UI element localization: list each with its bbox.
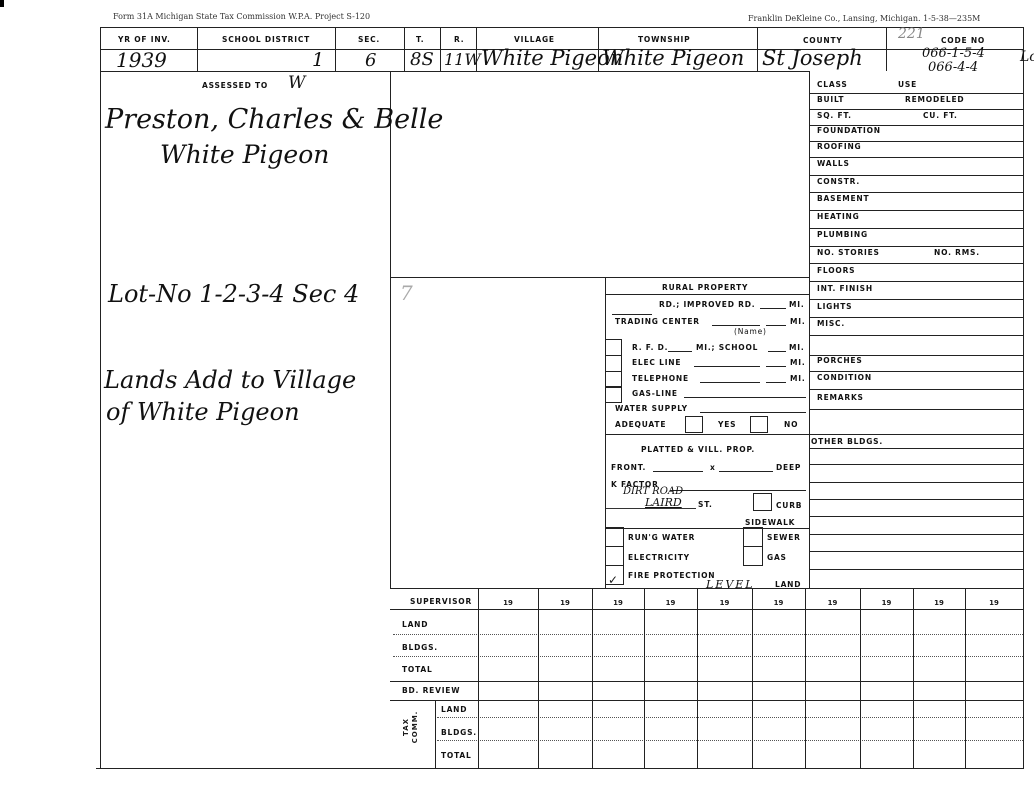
field-improved-rd[interactable]: [760, 300, 786, 309]
label-deep: DEEP: [776, 463, 801, 472]
label-cu-ft: CU. FT.: [923, 111, 958, 120]
label-other-bldgs: OTHER BLDGS.: [811, 437, 883, 446]
checkbox-gas[interactable]: [743, 546, 763, 566]
value-t[interactable]: 8S: [410, 49, 434, 70]
field-rfd[interactable]: [668, 343, 692, 352]
other-bldgs-line[interactable]: [810, 569, 1023, 570]
label-misc: MISC.: [817, 319, 845, 328]
label-floors: FLOORS: [817, 266, 855, 275]
label-gas: GAS: [767, 553, 787, 562]
label-total: TOTAL: [402, 665, 433, 674]
label-sec: SEC.: [358, 35, 380, 44]
label-porches: PORCHES: [817, 356, 863, 365]
field-k-factor[interactable]: [670, 482, 806, 491]
sketch-area-bottom: [390, 277, 810, 278]
label-mi-4: MI.: [790, 358, 806, 367]
label-remodeled: REMODELED: [905, 95, 964, 104]
label-mi-2: MI.: [790, 317, 806, 326]
label-gas-line: GAS-LINE: [632, 389, 678, 398]
field-trading-center[interactable]: [712, 317, 760, 326]
value-township[interactable]: White Pigeon: [602, 46, 744, 70]
label-mi-5: MI.: [790, 374, 806, 383]
field-gas-line[interactable]: [684, 389, 806, 398]
label-heating: HEATING: [817, 212, 860, 221]
field-elec-line-mi[interactable]: [766, 358, 786, 367]
label-sewer: SEWER: [767, 533, 801, 542]
label-roofing: ROOFING: [817, 142, 861, 151]
label-use: USE: [898, 80, 917, 89]
label-front: FRONT.: [611, 463, 646, 472]
checkbox-electricity[interactable]: [605, 546, 624, 566]
label-built: BUILT: [817, 95, 844, 104]
left-column-divider: [390, 71, 391, 588]
label-tax-comm: TAX COMM.: [402, 707, 420, 747]
label-mi-1: MI.: [789, 300, 805, 309]
field-deep[interactable]: [719, 463, 773, 472]
field-trading-center-mi[interactable]: [766, 317, 786, 326]
code-annotation: 221: [898, 26, 925, 42]
label-bldgs: BLDGS.: [402, 643, 438, 652]
lot-description[interactable]: Lot-No 1-2-3-4 Sec 4: [108, 280, 359, 308]
year-column-10[interactable]: 19: [965, 599, 1023, 607]
field-school-mi[interactable]: [768, 343, 786, 352]
label-mi-3: MI.: [789, 343, 805, 352]
year-column-5[interactable]: 19: [697, 599, 752, 607]
label-sq-ft: SQ. FT.: [817, 111, 852, 120]
label-rfd: R. F. D.: [632, 343, 668, 352]
other-bldgs-line[interactable]: [810, 448, 1023, 449]
other-bldgs-line[interactable]: [810, 534, 1023, 535]
other-bldgs-line[interactable]: [810, 464, 1023, 465]
label-walls: WALLS: [817, 159, 850, 168]
rural-box-bottom: [605, 434, 809, 435]
label-basement: BASEMENT: [817, 194, 869, 203]
other-bldgs-line[interactable]: [810, 482, 1023, 483]
owner-address[interactable]: White Pigeon: [160, 140, 329, 169]
field-elec-line[interactable]: [694, 358, 760, 367]
land-note[interactable]: LEVEL: [706, 578, 755, 591]
label-sidewalk: SIDEWALK: [745, 518, 795, 527]
label-code-no: CODE NO: [941, 36, 985, 45]
label-no-rms: NO. RMS.: [934, 248, 980, 257]
year-column-8[interactable]: 19: [860, 599, 913, 607]
checkbox-elec-line[interactable]: [605, 355, 622, 372]
year-column-6[interactable]: 19: [752, 599, 805, 607]
checkbox-rung-water[interactable]: [605, 527, 624, 547]
label-no: NO: [784, 420, 798, 429]
addition-line-2[interactable]: of White Pigeon: [106, 398, 300, 426]
owner-name[interactable]: Preston, Charles & Belle: [105, 104, 443, 135]
value-county[interactable]: St Joseph: [762, 46, 863, 70]
label-county: COUNTY: [803, 36, 843, 45]
value-yr-of-inv[interactable]: 1939: [116, 48, 167, 72]
checkbox-adequate-no[interactable]: [750, 416, 768, 433]
other-bldgs-line[interactable]: [810, 551, 1023, 552]
form-info: Form 31A Michigan State Tax Commission W…: [113, 12, 370, 21]
right-column-divider: [809, 71, 810, 588]
addition-line-1[interactable]: Lands Add to Village: [104, 366, 356, 394]
checkbox-gas-line[interactable]: [605, 386, 622, 403]
checkbox-sewer[interactable]: [743, 527, 763, 547]
label-electricity: ELECTRICITY: [628, 553, 690, 562]
checkbox-rfd[interactable]: [605, 339, 622, 356]
label-r: R.: [454, 35, 464, 44]
field-telephone[interactable]: [700, 374, 760, 383]
label-school-district: SCHOOL DISTRICT: [222, 35, 310, 44]
other-bldgs-line[interactable]: [810, 516, 1023, 517]
field-telephone-mi[interactable]: [766, 374, 786, 383]
label-telephone: TELEPHONE: [632, 374, 689, 383]
label-water-supply: WATER SUPPLY: [615, 404, 688, 413]
field-water-supply[interactable]: [700, 404, 806, 413]
label-assessed-to: ASSESSED TO: [202, 81, 268, 90]
label-supervisor: SUPERVISOR: [410, 597, 472, 606]
label-trading-center: TRADING CENTER: [615, 317, 700, 326]
label-st: ST.: [698, 500, 713, 509]
rural-title: RURAL PROPERTY: [662, 283, 748, 292]
field-front[interactable]: [653, 463, 703, 472]
label-tc-land: LAND: [441, 705, 467, 714]
label-lights: LIGHTS: [817, 302, 852, 311]
header-row-bottom: [100, 71, 810, 72]
stray-mark: 7: [400, 281, 413, 305]
year-column-9[interactable]: 19: [913, 599, 965, 607]
border-bottom: [96, 768, 1024, 769]
year-column-4[interactable]: 19: [644, 599, 697, 607]
label-township: TOWNSHIP: [638, 35, 690, 44]
other-bldgs-line[interactable]: [810, 499, 1023, 500]
label-rd-improved: RD.; IMPROVED RD.: [659, 300, 755, 309]
label-t: T.: [416, 35, 424, 44]
check-mark-icon: ✓: [608, 574, 618, 586]
label-tc-bldgs: BLDGS.: [441, 728, 477, 737]
value-school-district[interactable]: 1: [312, 49, 324, 71]
label-adequate: ADEQUATE: [615, 420, 666, 429]
label-bd-review: BD. REVIEW: [402, 686, 460, 695]
valuation-top: [390, 588, 1024, 589]
printer-info: Franklin DeKleine Co., Lansing, Michigan…: [748, 14, 980, 23]
value-sec[interactable]: 6: [365, 50, 376, 71]
label-fire-protection: FIRE PROTECTION: [628, 571, 715, 580]
year-column-2[interactable]: 19: [538, 599, 592, 607]
label-foundation: FOUNDATION: [817, 126, 881, 135]
value-r[interactable]: 11W: [444, 50, 481, 69]
label-x: x: [710, 463, 716, 472]
label-elec-line: ELEC LINE: [632, 358, 681, 367]
label-yes: YES: [718, 420, 736, 429]
value-code-no-1[interactable]: 066-1-5-4: [922, 46, 985, 61]
year-column-3[interactable]: 19: [592, 599, 644, 607]
label-class: CLASS: [817, 80, 848, 89]
label-mi-school: MI.; SCHOOL: [696, 343, 758, 352]
label-constr: CONSTR.: [817, 177, 860, 186]
checkbox-adequate-yes[interactable]: [685, 416, 703, 433]
border-left: [100, 27, 101, 768]
scan-mark: [0, 0, 4, 7]
label-rung-water: RUN'G WATER: [628, 533, 695, 542]
year-column-7[interactable]: 19: [805, 599, 860, 607]
label-int-finish: INT. FINISH: [817, 284, 873, 293]
checkbox-curb[interactable]: [753, 493, 772, 511]
platted-title: PLATTED & VILL. PROP.: [641, 445, 755, 454]
label-land: LAND: [402, 620, 428, 629]
label-condition: CONDITION: [817, 373, 872, 382]
assessed-mark: W: [288, 73, 305, 93]
label-tc-total: TOTAL: [441, 751, 472, 760]
label-name-hint: (Name): [734, 327, 767, 336]
label-plumbing: PLUMBING: [817, 230, 868, 239]
label-no-stories: NO. STORIES: [817, 248, 880, 257]
label-remarks: REMARKS: [817, 393, 864, 402]
year-column-1[interactable]: 19: [478, 599, 538, 607]
label-curb: CURB: [776, 501, 802, 510]
margin-note: Lo: [1020, 49, 1034, 65]
label-yr-of-inv: YR OF INV.: [118, 35, 171, 44]
value-code-no-2[interactable]: 066-4-4: [928, 60, 978, 75]
label-village: VILLAGE: [514, 35, 555, 44]
